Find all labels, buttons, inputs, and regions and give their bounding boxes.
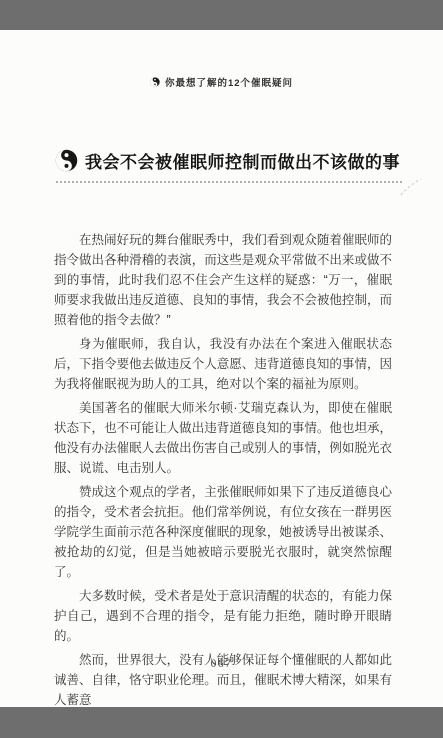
- bottom-border-band: [0, 707, 443, 738]
- yinyang-icon: [55, 149, 78, 172]
- page-number: 067: [0, 658, 443, 670]
- paragraph: 大多数时候，受术者是处于意识清醒的状态的，有能力保护自己，遇到不合理的指令，是有…: [54, 586, 392, 646]
- paragraph: 身为催眠师，我自认，我没有办法在个案进入催眠状态后，下指令要他去做违反个人意愿、…: [54, 334, 392, 394]
- title-dotted-underline: [56, 181, 402, 183]
- running-head-text: 你最想了解的12个催眠疑问: [165, 75, 293, 89]
- pencil-flourish-mark: [398, 176, 424, 203]
- paragraph: 赞成这个观点的学者，主张催眠师如果下了违反道德良心的指令，受术者会抗拒。他们常举…: [54, 482, 392, 582]
- yinyang-icon: [150, 77, 160, 87]
- top-border-band: [0, 0, 443, 30]
- chapter-title: 我会不会被催眠师控制而做出不该做的事: [85, 148, 400, 173]
- body-text: 在热闹好玩的舞台催眠秀中，我们看到观众随着催眠师的指令做出各种滑稽的表演，而这些…: [54, 230, 392, 714]
- paragraph: 在热闹好玩的舞台催眠秀中，我们看到观众随着催眠师的指令做出各种滑稽的表演，而这些…: [54, 230, 392, 330]
- running-head: 你最想了解的12个催眠疑问: [0, 75, 443, 89]
- paragraph: 美国著名的催眠大师米尔顿·艾瑞克森认为，即使在催眠状态下，也不可能让人做出违背道…: [54, 398, 392, 478]
- chapter-title-row: 我会不会被催眠师控制而做出不该做的事: [55, 148, 413, 173]
- page: 你最想了解的12个催眠疑问 我会不会被催眠师控制而做出不该做的事 在热闹好玩的舞…: [0, 30, 443, 707]
- book-page-scan: 你最想了解的12个催眠疑问 我会不会被催眠师控制而做出不该做的事 在热闹好玩的舞…: [0, 0, 443, 738]
